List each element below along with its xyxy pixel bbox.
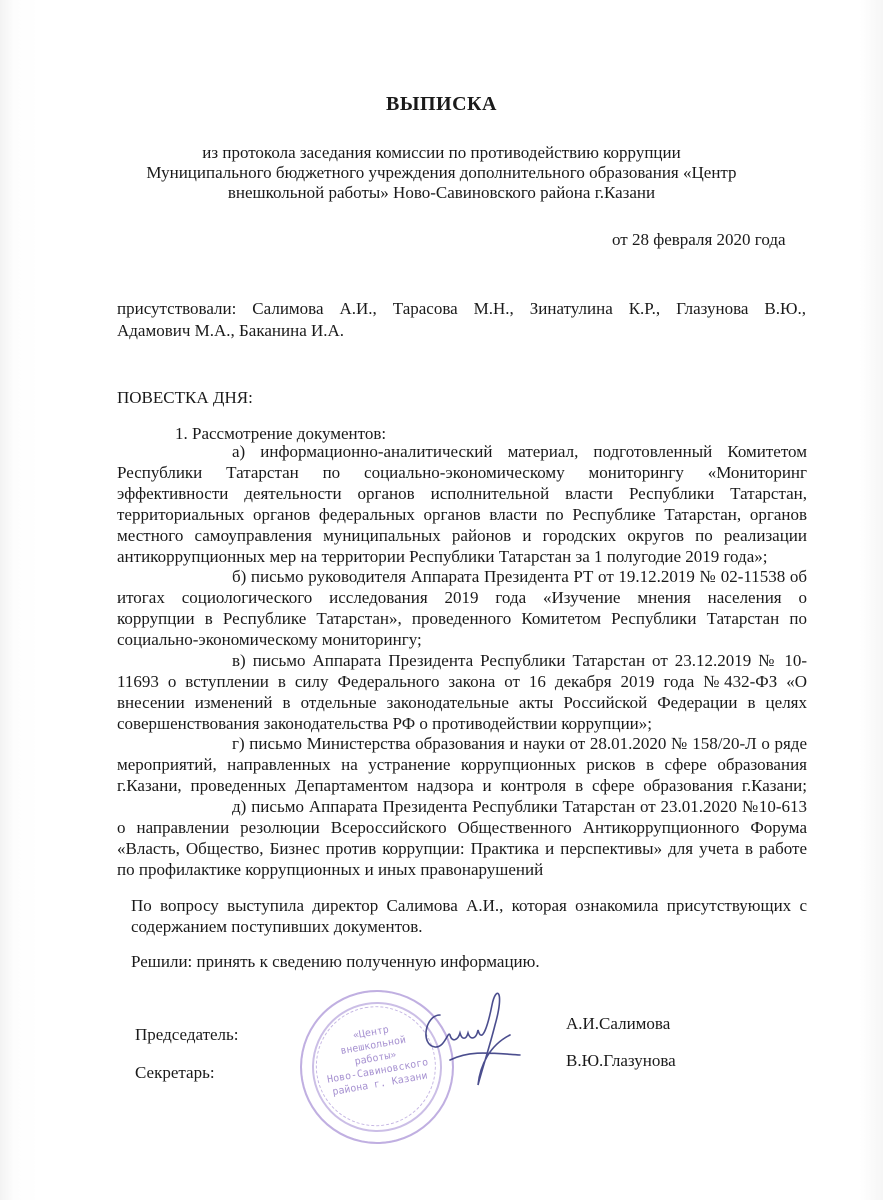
subtitle-line-2: Муниципального бюджетного учреждения доп… [0, 163, 883, 183]
subtitle-line-3: внешкольной работы» Ново-Савиновского ра… [0, 183, 883, 203]
item-b-line-3: коррупции в Республике Татарстан», прове… [117, 609, 807, 629]
speech-line-2: содержанием поступивших документов. [131, 917, 423, 937]
item-g-line-3: г.Казани, проведенных Департаментом надз… [117, 776, 807, 796]
item-a-line-5: местного самоуправления муниципальных ра… [117, 526, 807, 546]
item-d-line-1: д) письмо Аппарата Президента Республики… [232, 797, 807, 817]
item-g-line-2: мероприятий, направленных на устранение … [117, 755, 807, 775]
document-title: ВЫПИСКА [0, 93, 883, 116]
chairman-label: Председатель: [135, 1025, 239, 1045]
speech-line-1: По вопросу выступила директор Салимова А… [131, 896, 807, 916]
item-b-line-2: итогах социологического исследования 201… [117, 588, 807, 608]
item-v-line-1: в) письмо Аппарата Президента Республики… [232, 651, 807, 671]
item-v-line-4: совершенствования законодательства РФ о … [117, 714, 652, 734]
secretary-name: В.Ю.Глазунова [566, 1051, 676, 1071]
decision-text: Решили: принять к сведению полученную ин… [131, 952, 540, 972]
secretary-label: Секретарь: [135, 1063, 215, 1083]
item-a-line-1: а) информационно-аналитический материал,… [232, 442, 807, 462]
item-b-line-4: социально-экономическому мониторингу; [117, 630, 422, 650]
item-d-line-3: «Власть, Общество, Бизнес против коррупц… [117, 839, 807, 859]
item-a-line-2: Республики Татарстан по социально-эконом… [117, 463, 807, 483]
subtitle-line-1: из протокола заседания комиссии по проти… [0, 143, 883, 163]
item-d-line-4: по профилактике коррупционных и иных пра… [117, 860, 543, 880]
item-a-line-4: территориальных органов федеральных орга… [117, 505, 807, 525]
document-page: ВЫПИСКА из протокола заседания комиссии … [0, 0, 883, 1200]
signature-icon [410, 985, 530, 1095]
item-g-line-1: г) письмо Министерства образования и нау… [232, 734, 807, 754]
item-v-line-3: внесении изменений в отдельные законодат… [117, 693, 807, 713]
item-a-line-3: эффективности деятельности органов испол… [117, 484, 807, 504]
agenda-item-1: 1. Рассмотрение документов: [175, 424, 386, 444]
document-date: от 28 февраля 2020 года [612, 230, 786, 250]
attendees-line-2: Адамович М.А., Баканина И.А. [117, 321, 344, 341]
item-b-line-1: б) письмо руководителя Аппарата Президен… [232, 567, 807, 587]
item-v-line-2: 11693 о вступлении в силу Федерального з… [117, 672, 807, 692]
item-a-line-6: антикоррупционных мер на территории Респ… [117, 547, 767, 567]
agenda-heading: ПОВЕСТКА ДНЯ: [117, 388, 253, 408]
attendees-line-1: присутствовали: Салимова А.И., Тарасова … [117, 299, 806, 319]
item-d-line-2: о направлении резолюции Всероссийского О… [117, 818, 807, 838]
chairman-name: А.И.Салимова [566, 1014, 670, 1034]
